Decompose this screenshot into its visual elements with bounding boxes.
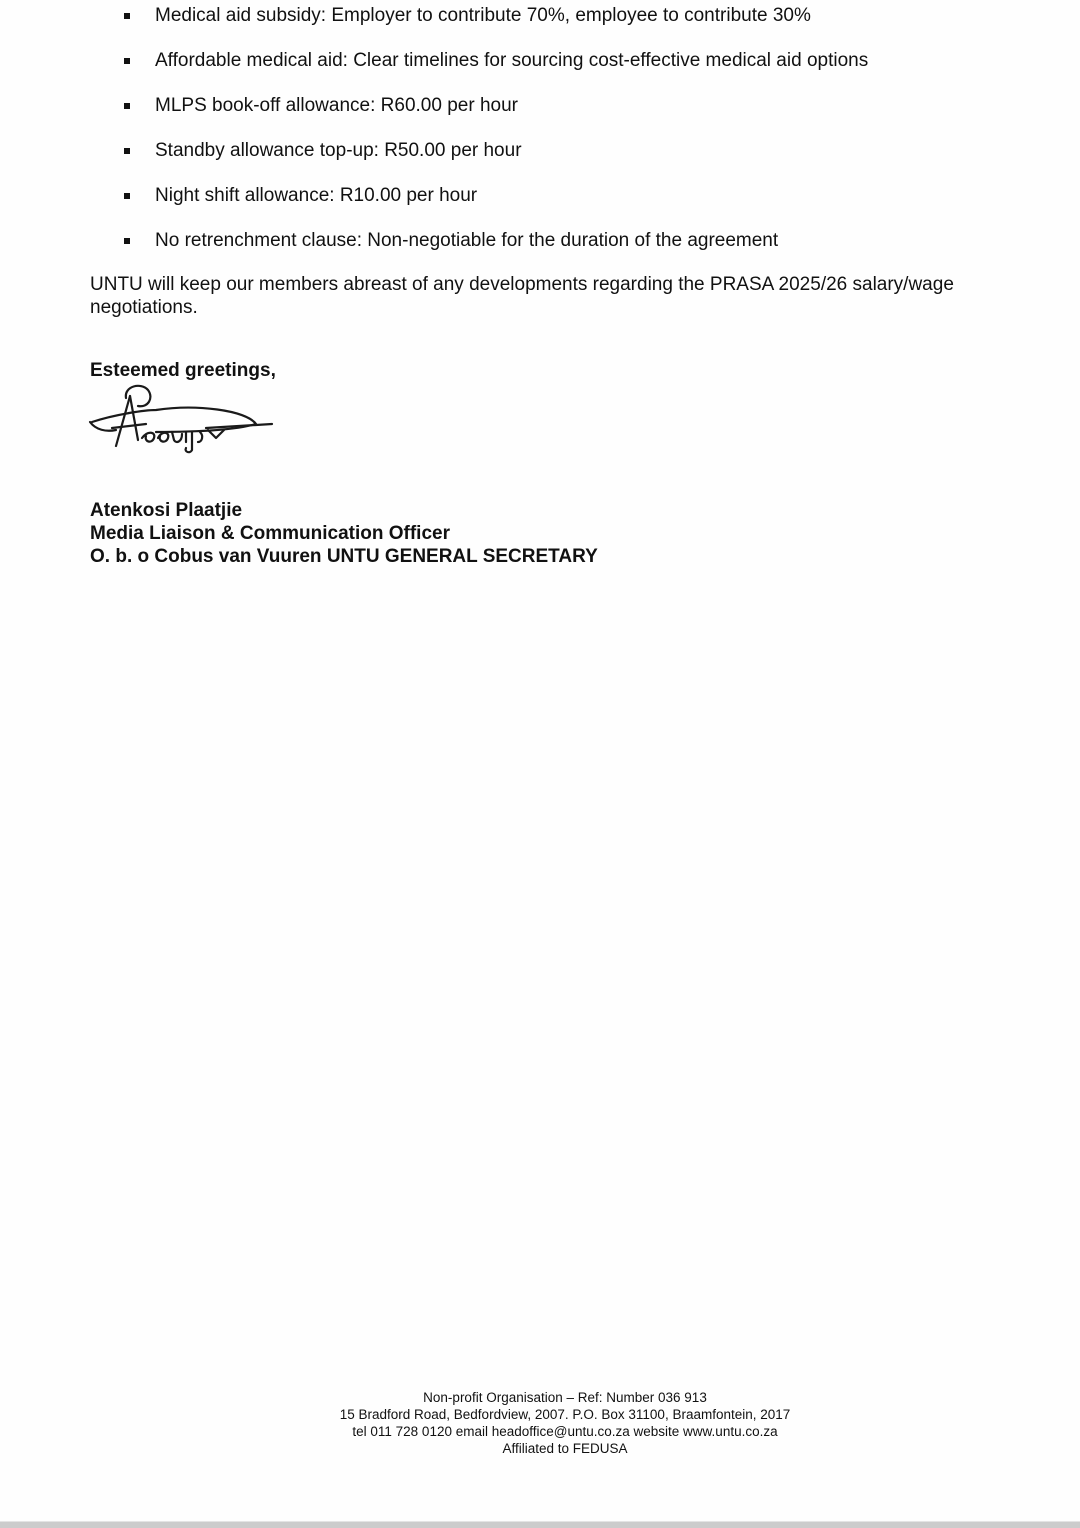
signoff-block: Atenkosi Plaatjie Media Liaison & Commun… (90, 499, 598, 568)
list-item: Affordable medical aid: Clear timelines … (0, 49, 1000, 73)
list-item: Night shift allowance: R10.00 per hour (0, 184, 1000, 208)
footer-address: 15 Bradford Road, Bedfordview, 2007. P.O… (300, 1406, 830, 1423)
closing-paragraph: UNTU will keep our members abreast of an… (90, 273, 1010, 319)
letterhead-footer: Non-profit Organisation – Ref: Number 03… (300, 1389, 830, 1457)
list-item-text: Night shift allowance: R10.00 per hour (155, 184, 477, 208)
square-bullet-icon (124, 13, 130, 19)
list-item: No retrenchment clause: Non-negotiable f… (0, 229, 1000, 253)
square-bullet-icon (124, 103, 130, 109)
list-item-text: Medical aid subsidy: Employer to contrib… (155, 4, 811, 28)
list-item: MLPS book-off allowance: R60.00 per hour (0, 94, 1000, 118)
square-bullet-icon (124, 148, 130, 154)
list-item-text: MLPS book-off allowance: R60.00 per hour (155, 94, 518, 118)
footer-contact: tel 011 728 0120 email headoffice@untu.c… (300, 1423, 830, 1440)
square-bullet-icon (124, 58, 130, 64)
square-bullet-icon (124, 193, 130, 199)
footer-affiliation: Affiliated to FEDUSA (300, 1440, 830, 1457)
signatory-name: Atenkosi Plaatjie (90, 499, 598, 522)
on-behalf-of: O. b. o Cobus van Vuuren UNTU GENERAL SE… (90, 545, 598, 568)
document-page: Medical aid subsidy: Employer to contrib… (0, 0, 1080, 1521)
list-item-text: Standby allowance top-up: R50.00 per hou… (155, 139, 522, 163)
list-item: Medical aid subsidy: Employer to contrib… (0, 4, 1000, 28)
greeting: Esteemed greetings, (90, 359, 276, 382)
list-item-text: No retrenchment clause: Non-negotiable f… (155, 229, 778, 253)
page-separator-bar (0, 1521, 1080, 1528)
list-item-text: Affordable medical aid: Clear timelines … (155, 49, 868, 73)
list-item: Standby allowance top-up: R50.00 per hou… (0, 139, 1000, 163)
signatory-title: Media Liaison & Communication Officer (90, 522, 598, 545)
square-bullet-icon (124, 238, 130, 244)
signature-icon (86, 380, 286, 455)
footer-registration: Non-profit Organisation – Ref: Number 03… (300, 1389, 830, 1406)
